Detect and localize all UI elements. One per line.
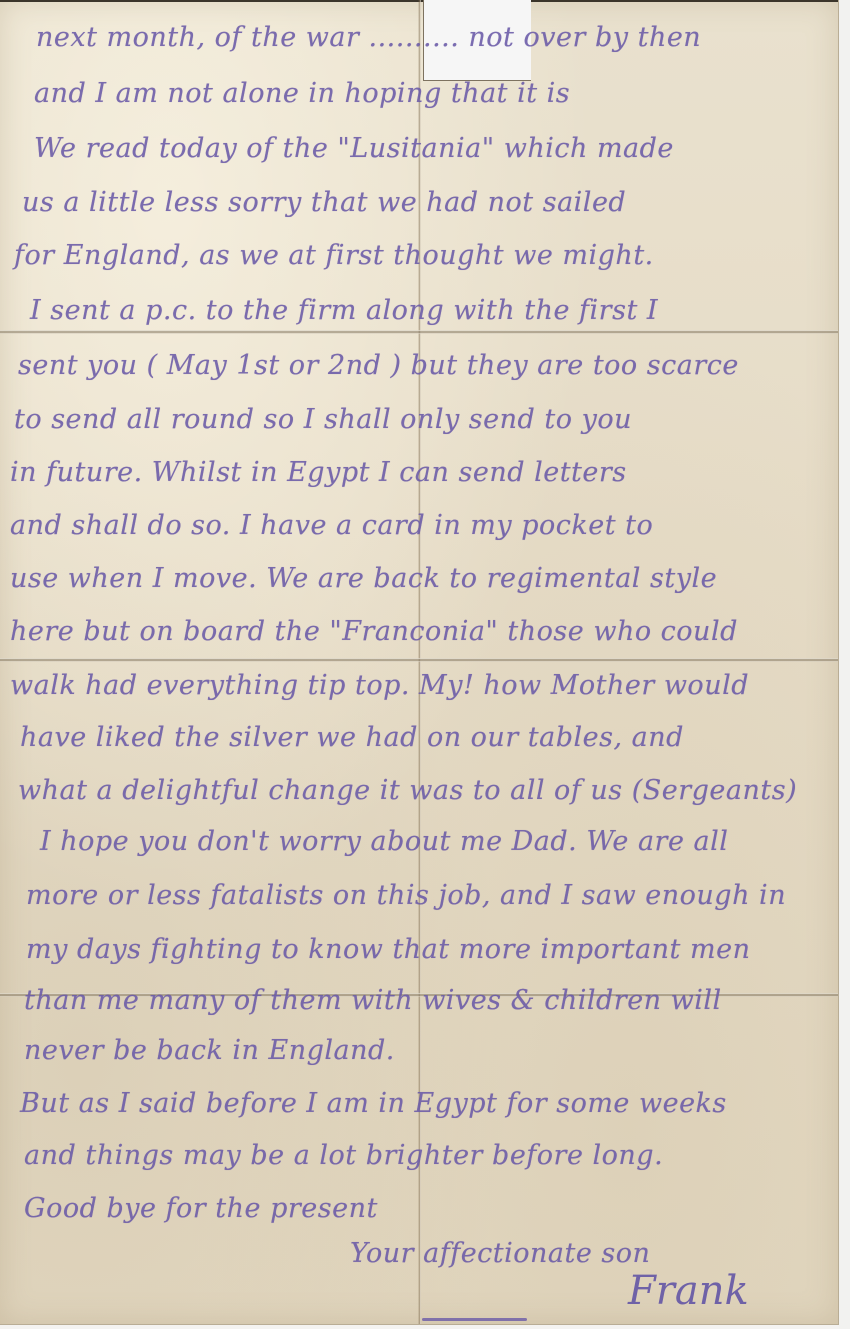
letter-line-2: and I am not alone in hoping that it is (34, 78, 850, 109)
letter-line-16: I hope you don't worry about me Dad. We … (40, 826, 850, 857)
letter-line-14: have liked the silver we had on our tabl… (20, 722, 850, 753)
letter-line-21: But as I said before I am in Egypt for s… (20, 1088, 850, 1119)
letter-line-7: sent you ( May 1st or 2nd ) but they are… (18, 350, 850, 381)
letter-line-15: what a delightful change it was to all o… (18, 775, 850, 806)
letter-line-9: in future. Whilst in Egypt I can send le… (10, 457, 848, 488)
letter-line-3: We read today of the "Lusitania" which m… (34, 133, 850, 164)
letter-line-22: and things may be a lot brighter before … (24, 1140, 850, 1171)
letter-line-12: here but on board the "Franconia" those … (10, 616, 848, 647)
letter-line-17: more or less fatalists on this job, and … (26, 880, 850, 911)
letter-line-19: than me many of them with wives & childr… (24, 985, 850, 1016)
letter-line-8: to send all round so I shall only send t… (14, 404, 850, 435)
letter-line-13: walk had everything tip top. My! how Mot… (10, 670, 848, 701)
letter-closing: Your affectionate son (350, 1238, 850, 1269)
letter-line-4: us a little less sorry that we had not s… (22, 187, 850, 218)
letter-line-1: next month, of the war .......... not ov… (36, 22, 850, 53)
letter-line-20: never be back in England. (24, 1035, 850, 1066)
letter-line-18: my days fighting to know that more impor… (26, 934, 850, 965)
letter-line-11: use when I move. We are back to regiment… (10, 563, 848, 594)
letter-line-23: Good bye for the present (24, 1193, 850, 1224)
letter-line-6: I sent a p.c. to the firm along with the… (30, 295, 850, 326)
letter-line-5: for England, as we at first thought we m… (14, 240, 850, 271)
scan-margin (839, 0, 850, 1329)
horizontal-fold-crease-2 (0, 658, 838, 662)
signature: Frank (628, 1268, 749, 1314)
horizontal-fold-crease-1 (0, 330, 838, 334)
letter-line-10: and shall do so. I have a card in my poc… (10, 510, 848, 541)
ink-underline-mark (422, 1318, 527, 1321)
letter-page: next month, of the war .......... not ov… (0, 0, 839, 1325)
